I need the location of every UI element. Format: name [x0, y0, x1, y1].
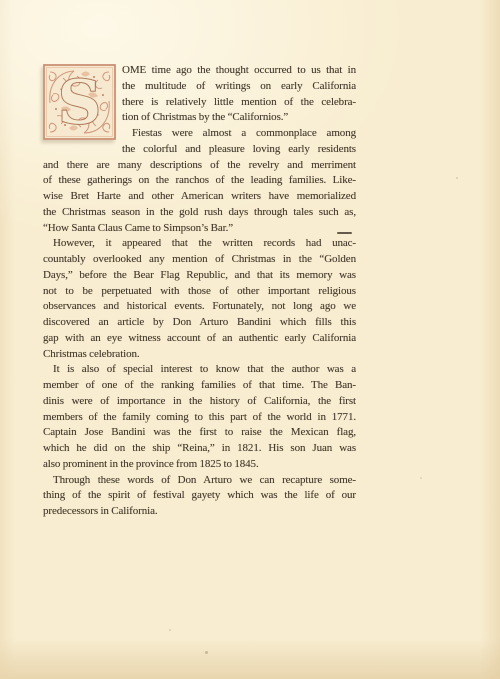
text-line: also prominent in the province from 1825…	[43, 457, 356, 473]
text-line: of these gatherings on the ranchos of th…	[43, 173, 356, 189]
text-line: which he did on the ship “Reina,” in 182…	[43, 441, 356, 457]
text-line: tion of Christmas by the “Californios.”	[122, 110, 356, 126]
paper-speck	[205, 651, 208, 654]
paper-speck	[456, 177, 458, 179]
text-line: It is also of special interest to know t…	[43, 362, 356, 378]
text-line: member of one of the ranking families of…	[43, 378, 356, 394]
text-line: the multitude of writings on early Calif…	[122, 79, 356, 95]
text-line: However, it appeared that the written re…	[43, 236, 356, 252]
text-block: S OME time ago the thought occurred to u…	[43, 63, 356, 520]
text-line: members of the family coming to this par…	[43, 410, 356, 426]
text-line: discovered an article by Don Arturo Band…	[43, 315, 356, 331]
paper-speck	[420, 477, 422, 479]
text-line: countably overlooked any mention of Chri…	[43, 252, 356, 268]
ink-artifact-overline	[337, 232, 352, 234]
text-line: Fiestas were almost a commonplace among	[122, 126, 356, 142]
text-line: the Christmas season in the gold rush da…	[43, 205, 356, 221]
drop-cap-block: S	[43, 64, 116, 140]
text-line: observances and historical events. Fortu…	[43, 299, 356, 315]
text-line: Days,” before the Bear Flag Republic, an…	[43, 268, 356, 284]
text-line: Through these words of Don Arturo we can…	[43, 473, 356, 489]
text-line: dinis were of importance in the history …	[43, 394, 356, 410]
text-line: Christmas celebration.	[43, 347, 356, 363]
text-line: and there are many descriptions of the r…	[43, 158, 356, 174]
text-line: Captain Jose Bandini was the first to ra…	[43, 425, 356, 441]
text-line: there is relatively little mention of th…	[122, 95, 356, 111]
text-line: the colorful and pleasure loving early r…	[122, 142, 356, 158]
text-line: gap with an eye witness account of an au…	[43, 331, 356, 347]
text-line: predecessors in California.	[43, 504, 356, 520]
drop-cap-letter: S	[58, 68, 101, 138]
text-line: thing of the spirit of festival gayety w…	[43, 488, 356, 504]
text-line: “How Santa Claus Came to Simpson’s Bar.”	[43, 221, 356, 237]
paper-speck	[169, 629, 171, 631]
scanned-page: S OME time ago the thought occurred to u…	[0, 0, 500, 679]
text-line: OME time ago the thought occurred to us …	[122, 63, 356, 79]
text-line: not to be perpetuated with those of othe…	[43, 284, 356, 300]
drop-cap-ornament: S	[43, 64, 116, 140]
text-line: wise Bret Harte and other American write…	[43, 189, 356, 205]
